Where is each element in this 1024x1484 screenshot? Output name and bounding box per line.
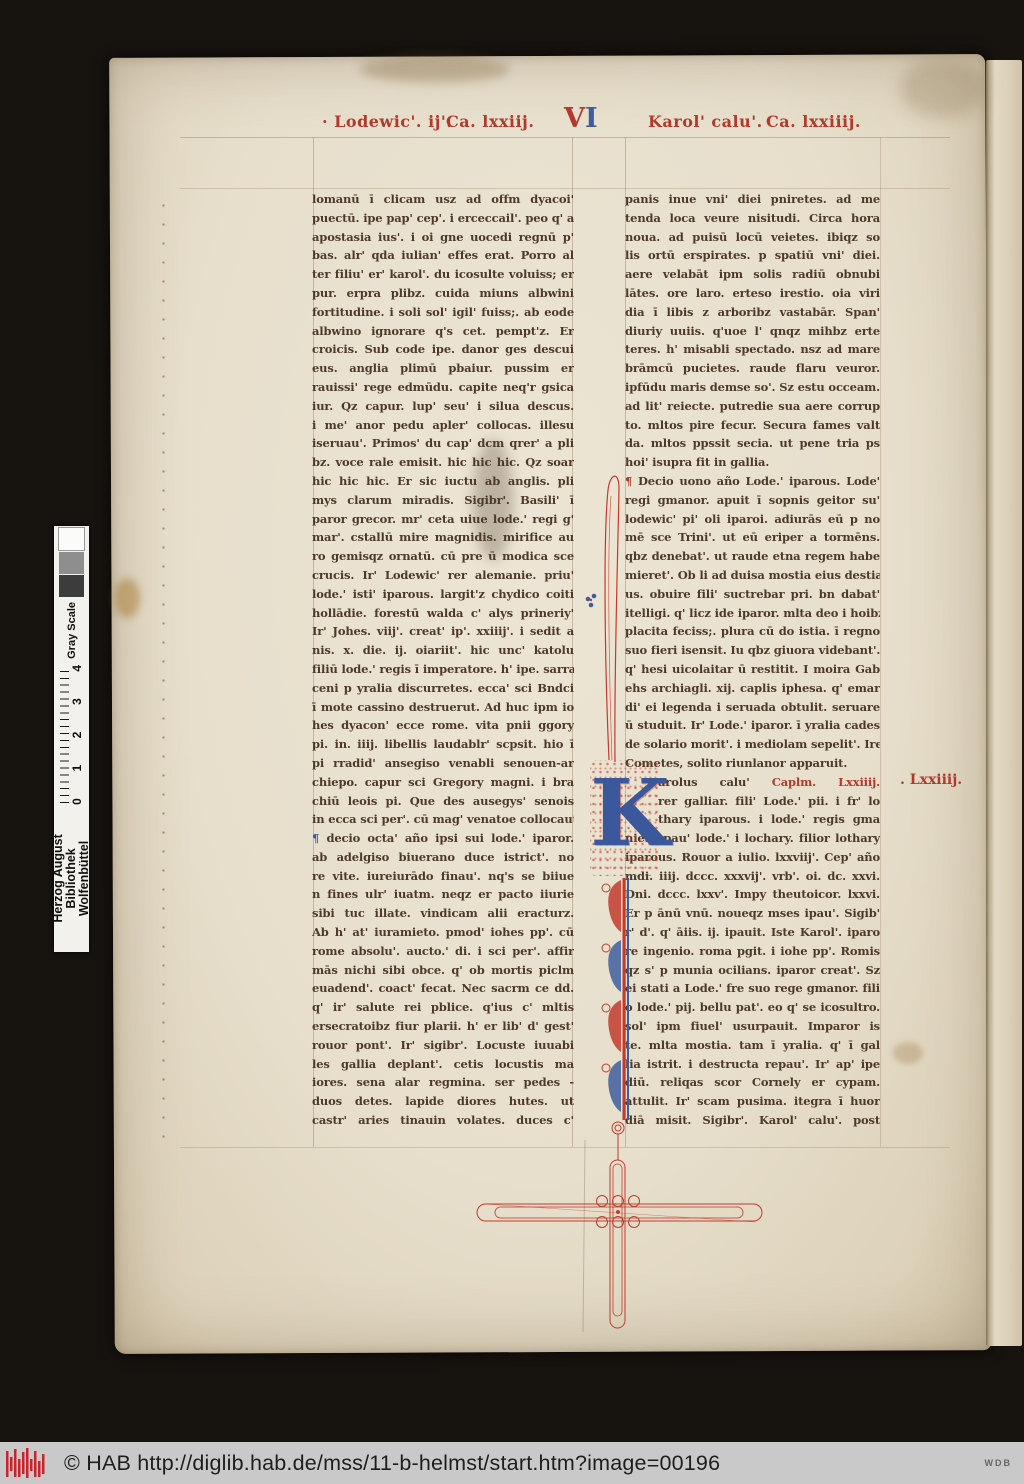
manuscript-text-line: to. mltos pire fecur. Secura fames valt	[625, 416, 880, 435]
gray-patch-mid	[59, 552, 84, 574]
manuscript-text-line: tenda loca veure nisitudi. Circa hora	[625, 209, 880, 228]
gray-scale-patches	[58, 526, 85, 597]
manuscript-text-line: da. mltos ppssit secia. ut pene tria ps	[625, 434, 880, 453]
gray-patch-dark	[59, 575, 84, 597]
caption-url-text: © HAB http://diglib.hab.de/mss/11-b-helm…	[64, 1451, 720, 1476]
ruler-number: 2	[70, 732, 84, 739]
pricking-dots	[162, 196, 165, 1140]
caption-bar: © HAB http://diglib.hab.de/mss/11-b-helm…	[0, 1442, 1024, 1484]
ruler-ticks	[60, 665, 69, 803]
ruler-number: 1	[70, 765, 84, 772]
manuscript-text-line: lis ortū erspirates. p spatiū vni' diei.	[625, 246, 880, 265]
manuscript-text-line: lātes. ore laro. erteso irestio. oia vir…	[625, 284, 880, 303]
stain	[900, 58, 986, 118]
margin-chapter-number: . Lxxiiij.	[900, 772, 962, 788]
ruler-numbers: 0 1 2 3 4	[70, 665, 84, 805]
manuscript-text-line: diuriy uuiis. q'uoe l' qnqz mihbz erte	[625, 322, 880, 341]
manuscript-text-line: dia ī libis z arboribz vastabār. Span'	[625, 303, 880, 322]
running-title-left: · Lodewic'. ij'.	[322, 112, 452, 131]
gray-scale-label: Gray Scale	[66, 602, 78, 659]
chapter-number-left: Ca. lxxiij.	[446, 112, 534, 131]
quire-mark-blue: I	[585, 103, 598, 134]
manuscript-text-line: iseruau'. Primos' du cap' dcm qrer' a pl…	[312, 434, 574, 453]
hab-logo-icon	[5, 1447, 51, 1479]
decorated-initial-K: K	[590, 760, 658, 876]
manuscript-text-line: croicis. Sub code ipe. danor ges descui	[312, 340, 574, 359]
ruler-number: 3	[70, 698, 84, 705]
manuscript-text-line: iur. Qz capur. lup' seu' i silua descus.	[312, 397, 574, 416]
manuscript-text-line: brāmcū pucietes. raude flaru veuror.	[625, 359, 880, 378]
quire-mark-red: V	[564, 103, 585, 134]
flower-ornament	[586, 594, 597, 608]
library-name: Herzog August Bibliothek	[52, 805, 78, 952]
manuscript-text-line: apostasia ius'. i oi gne uocedi regnū p'	[312, 228, 574, 247]
stain	[360, 56, 510, 82]
running-title-right: Karol' calu'.	[648, 112, 763, 131]
gray-scale-ruler: Herzog August Bibliothek Wolfenbüttel 0 …	[54, 526, 89, 952]
manuscript-text-line: ad lit' reiecte. putredie sua aere corru…	[625, 397, 880, 416]
manuscript-text-line: rauissi' rege edmūdu. capite neq'r gsica	[312, 378, 574, 397]
manuscript-text-line: puectū. ipe pap' cep'. i erceccail'. peo…	[312, 209, 574, 228]
manuscript-text-line: ter filiu' er' karol'. du icosulte volui…	[312, 265, 574, 284]
stain	[893, 1042, 923, 1064]
ruling-line	[880, 137, 881, 1147]
ruling-line	[180, 137, 950, 138]
ruler-content: Herzog August Bibliothek Wolfenbüttel 0 …	[54, 526, 89, 952]
stain	[114, 578, 140, 618]
manuscript-text-line: eus. anglia plimū pbaiur. pussim er	[312, 359, 574, 378]
manuscript-text-line: panis inue vni' diei pniretes. ad me	[625, 190, 880, 209]
library-label: Herzog August Bibliothek Wolfenbüttel	[52, 805, 91, 952]
manuscript-text-line: bas. alr' qda iulian' effes erat. Porro …	[312, 246, 574, 265]
manuscript-text-line: noua. ad puisū locū veietes. ibiqz so	[625, 228, 880, 247]
manuscript-text-line: albwino ignorare q's cet. pempt'z. Er	[312, 322, 574, 341]
photo-background: · Lodewic'. ij'. Ca. lxxiij. VI Karol' c…	[0, 0, 1024, 1484]
book-fore-edge	[986, 60, 1022, 1346]
manuscript-text-line: fortitudine. i soli sol' igil' fuiss;. a…	[312, 303, 574, 322]
manuscript-text-line: teres. h' misabli spectado. nsz ad mare	[625, 340, 880, 359]
penwork-flourish	[455, 460, 795, 1350]
manuscript-text-line: aere velabāt ipm solis radiū obnubi	[625, 265, 880, 284]
library-city: Wolfenbüttel	[78, 805, 91, 952]
ruler-number: 0	[70, 798, 84, 805]
ruler-scale: 0 1 2 3 4	[60, 665, 84, 805]
gray-patch-white	[58, 527, 85, 551]
manuscript-text-line: i me' anor pedu apler' collocas. illesu	[312, 416, 574, 435]
ruling-line	[180, 188, 950, 189]
manuscript-text-line: lomanū ī clicam usz ad offm dyacoi'	[312, 190, 574, 209]
quire-mark: VI	[564, 103, 598, 134]
manuscript-text-line: ipfūdu maris demse so'. Sz estu occeam.	[625, 378, 880, 397]
manuscript-text-line: pur. erpra plibz. cuida miuns albwini	[312, 284, 574, 303]
watermark-text: WDB	[985, 1458, 1013, 1468]
chapter-number-right: Ca. lxxiiij.	[766, 112, 861, 131]
ruler-number: 4	[70, 665, 84, 672]
